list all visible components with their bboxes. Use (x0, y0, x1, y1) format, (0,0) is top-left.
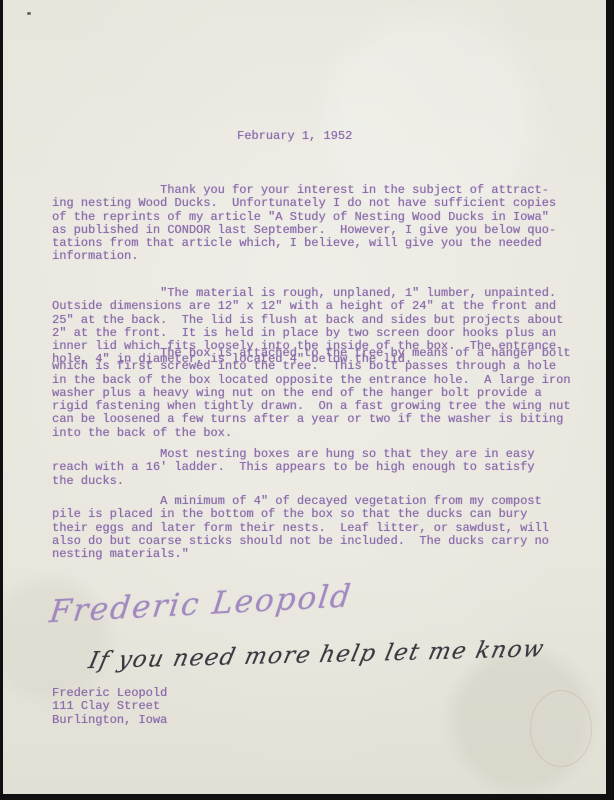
letter-paragraph-height: Most nesting boxes are hung so that they… (52, 448, 534, 488)
sender-address-block: Frederic Leopold 111 Clay Street Burling… (52, 687, 167, 727)
letter-paragraph-mounting: The box is attached to the tree by means… (52, 347, 570, 440)
scan-edge-bottom (0, 794, 614, 800)
letter-paragraph-bedding: A minimum of 4" of decayed vegetation fr… (52, 495, 549, 561)
handwritten-note: If you need more help let me know (86, 636, 547, 674)
letter-page: February 1, 1952 Thank you for your inte… (0, 0, 614, 800)
letter-paragraph-intro: Thank you for your interest in the subje… (52, 184, 556, 264)
scan-edge-right (606, 0, 614, 800)
handwritten-signature: Frederic Leopold (48, 578, 355, 630)
scan-edge-left (0, 0, 3, 800)
paper-speck (27, 12, 31, 15)
letter-date: February 1, 1952 (237, 130, 352, 143)
paper-watermark (530, 690, 592, 767)
